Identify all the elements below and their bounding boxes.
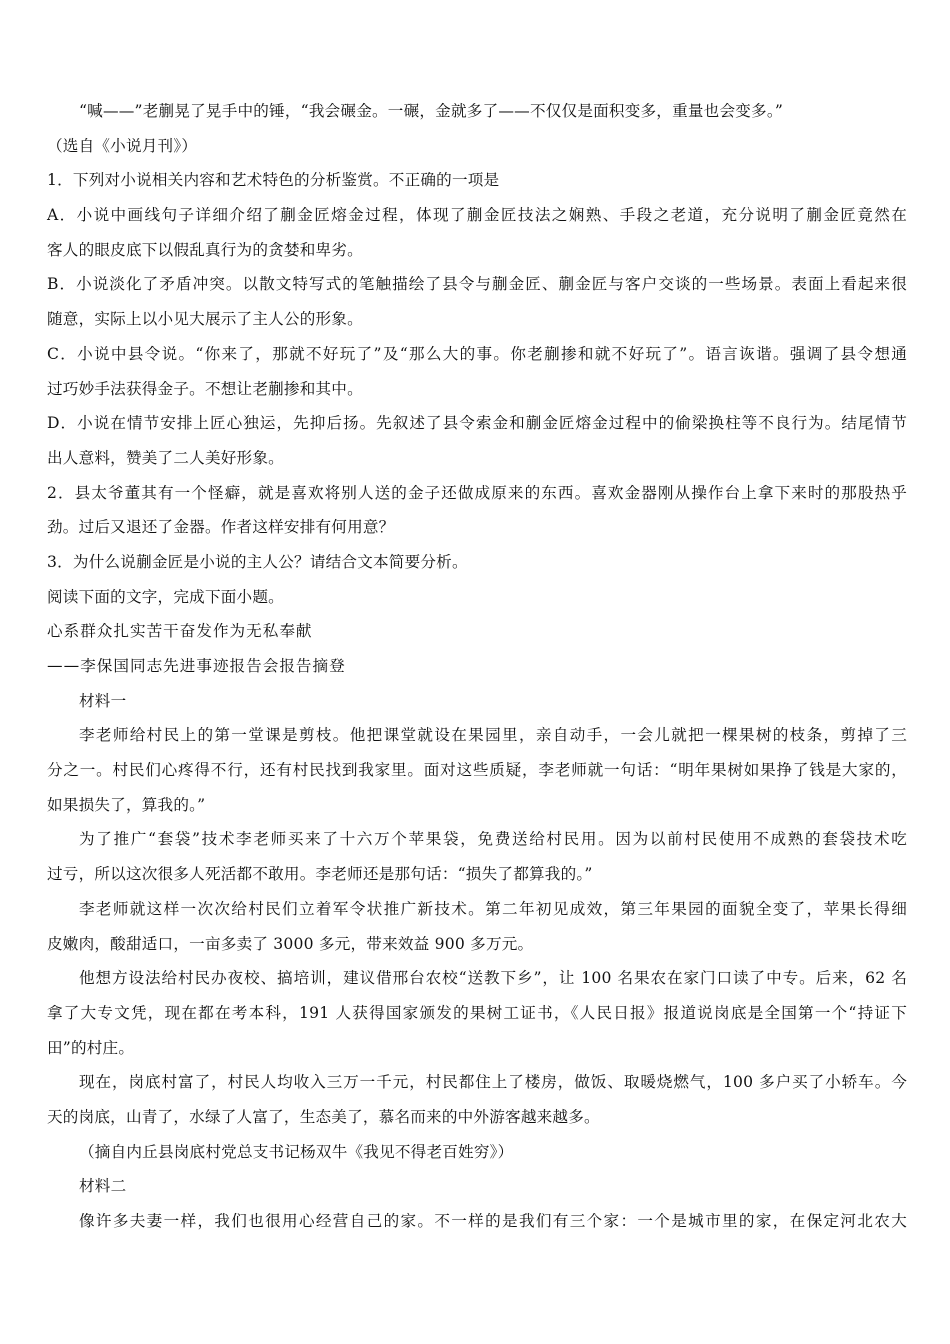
m1-p3-line-2: 皮嫩肉，酸甜适口，一亩多卖了 3000 多元，带来效益 900 多万元。 [47,927,907,962]
reading-instruction: 阅读下面的文字，完成下面小题。 [47,580,907,615]
m2-p1-line-1: 像许多夫妻一样，我们也很用心经营自己的家。不一样的是我们有三个家：一个是城市里的… [47,1204,907,1239]
m1-p5-line-2: 天的岗底，山青了，水绿了人富了，生态美了，慕名而来的中外游客越来越多。 [47,1100,907,1135]
question-3: 3．为什么说蒯金匠是小说的主人公？请结合文本简要分析。 [47,545,907,580]
m1-p1-line-2: 分之一。村民们心疼得不行，还有村民找到我家里。面对这些质疑，李老师就一句话：“明… [47,753,907,788]
material-1-heading: 材料一 [47,684,907,719]
m1-p5-line-1: 现在，岗底村富了，村民人均收入三万一千元，村民都住上了楼房，做饭、取暖烧燃气，1… [47,1065,907,1100]
question-2-line-1: 2．县太爷董其有一个怪癖，就是喜欢将别人送的金子还做成原来的东西。喜欢金器刚从操… [47,476,907,511]
m1-p4-line-2: 拿了大专文凭，现在都在考本科，191 人获得国家颁发的果树工证书，《人民日报》报… [47,996,907,1031]
m1-p2-line-1: 为了推广“套袋”技术李老师买来了十六万个苹果袋，免费送给村民用。因为以前村民使用… [47,822,907,857]
option-c-line-1: C．小说中县令说。“你来了，那就不好玩了”及“那么大的事。你老蒯掺和就不好玩了”… [47,337,907,372]
story-closing-quote: “喊——”老蒯晃了晃手中的锤，“我会碾金。一碾，金就多了——不仅仅是面积变多，重… [47,94,907,129]
m1-p2-line-2: 过亏，所以这次很多人死活都不敢用。李老师还是那句话：“损失了都算我的。” [47,857,907,892]
option-d-line-2: 出人意料，赞美了二人美好形象。 [47,441,907,476]
article-title: 心系群众扎实苦干奋发作为无私奉献 [47,614,907,649]
option-b-line-2: 随意，实际上以小见大展示了主人公的形象。 [47,302,907,337]
m1-p1-line-1: 李老师给村民上的第一堂课是剪枝。他把课堂就设在果园里，亲自动手，一会儿就把一棵果… [47,718,907,753]
material-2-heading: 材料二 [47,1169,907,1204]
option-c-line-2: 过巧妙手法获得金子。不想让老蒯掺和其中。 [47,372,907,407]
option-d-line-1: D．小说在情节安排上匠心独运，先抑后扬。先叙述了县令索金和蒯金匠熔金过程中的偷梁… [47,406,907,441]
m1-p4-line-3: 田”的村庄。 [47,1031,907,1066]
document-page: “喊——”老蒯晃了晃手中的锤，“我会碾金。一碾，金就多了——不仅仅是面积变多，重… [47,94,907,1239]
m1-p4-line-1: 他想方设法给村民办夜校、搞培训，建议借邢台农校“送教下乡”，让 100 名果农在… [47,961,907,996]
option-b-line-1: B．小说淡化了矛盾冲突。以散文特写式的笔触描绘了县令与蒯金匠、蒯金匠与客户交谈的… [47,267,907,302]
question-2-line-2: 劲。过后又退还了金器。作者这样安排有何用意？ [47,510,907,545]
m1-p1-line-3: 如果损失了，算我的。” [47,788,907,823]
option-a-line-1: A．小说中画线句子详细介绍了蒯金匠熔金过程，体现了蒯金匠技法之娴熟、手段之老道，… [47,198,907,233]
m1-p3-line-1: 李老师就这样一次次给村民们立着军令状推广新技术。第二年初见成效，第三年果园的面貌… [47,892,907,927]
option-a-line-2: 客人的眼皮底下以假乱真行为的贪婪和卑劣。 [47,233,907,268]
question-1-stem: 1．下列对小说相关内容和艺术特色的分析鉴赏。不正确的一项是 [47,163,907,198]
story-source: （选自《小说月刊》） [47,129,907,164]
article-subtitle: ——李保国同志先进事迹报告会报告摘登 [47,649,907,684]
material-1-source: （摘自内丘县岗底村党总支书记杨双牛《我见不得老百姓穷》） [47,1135,907,1170]
